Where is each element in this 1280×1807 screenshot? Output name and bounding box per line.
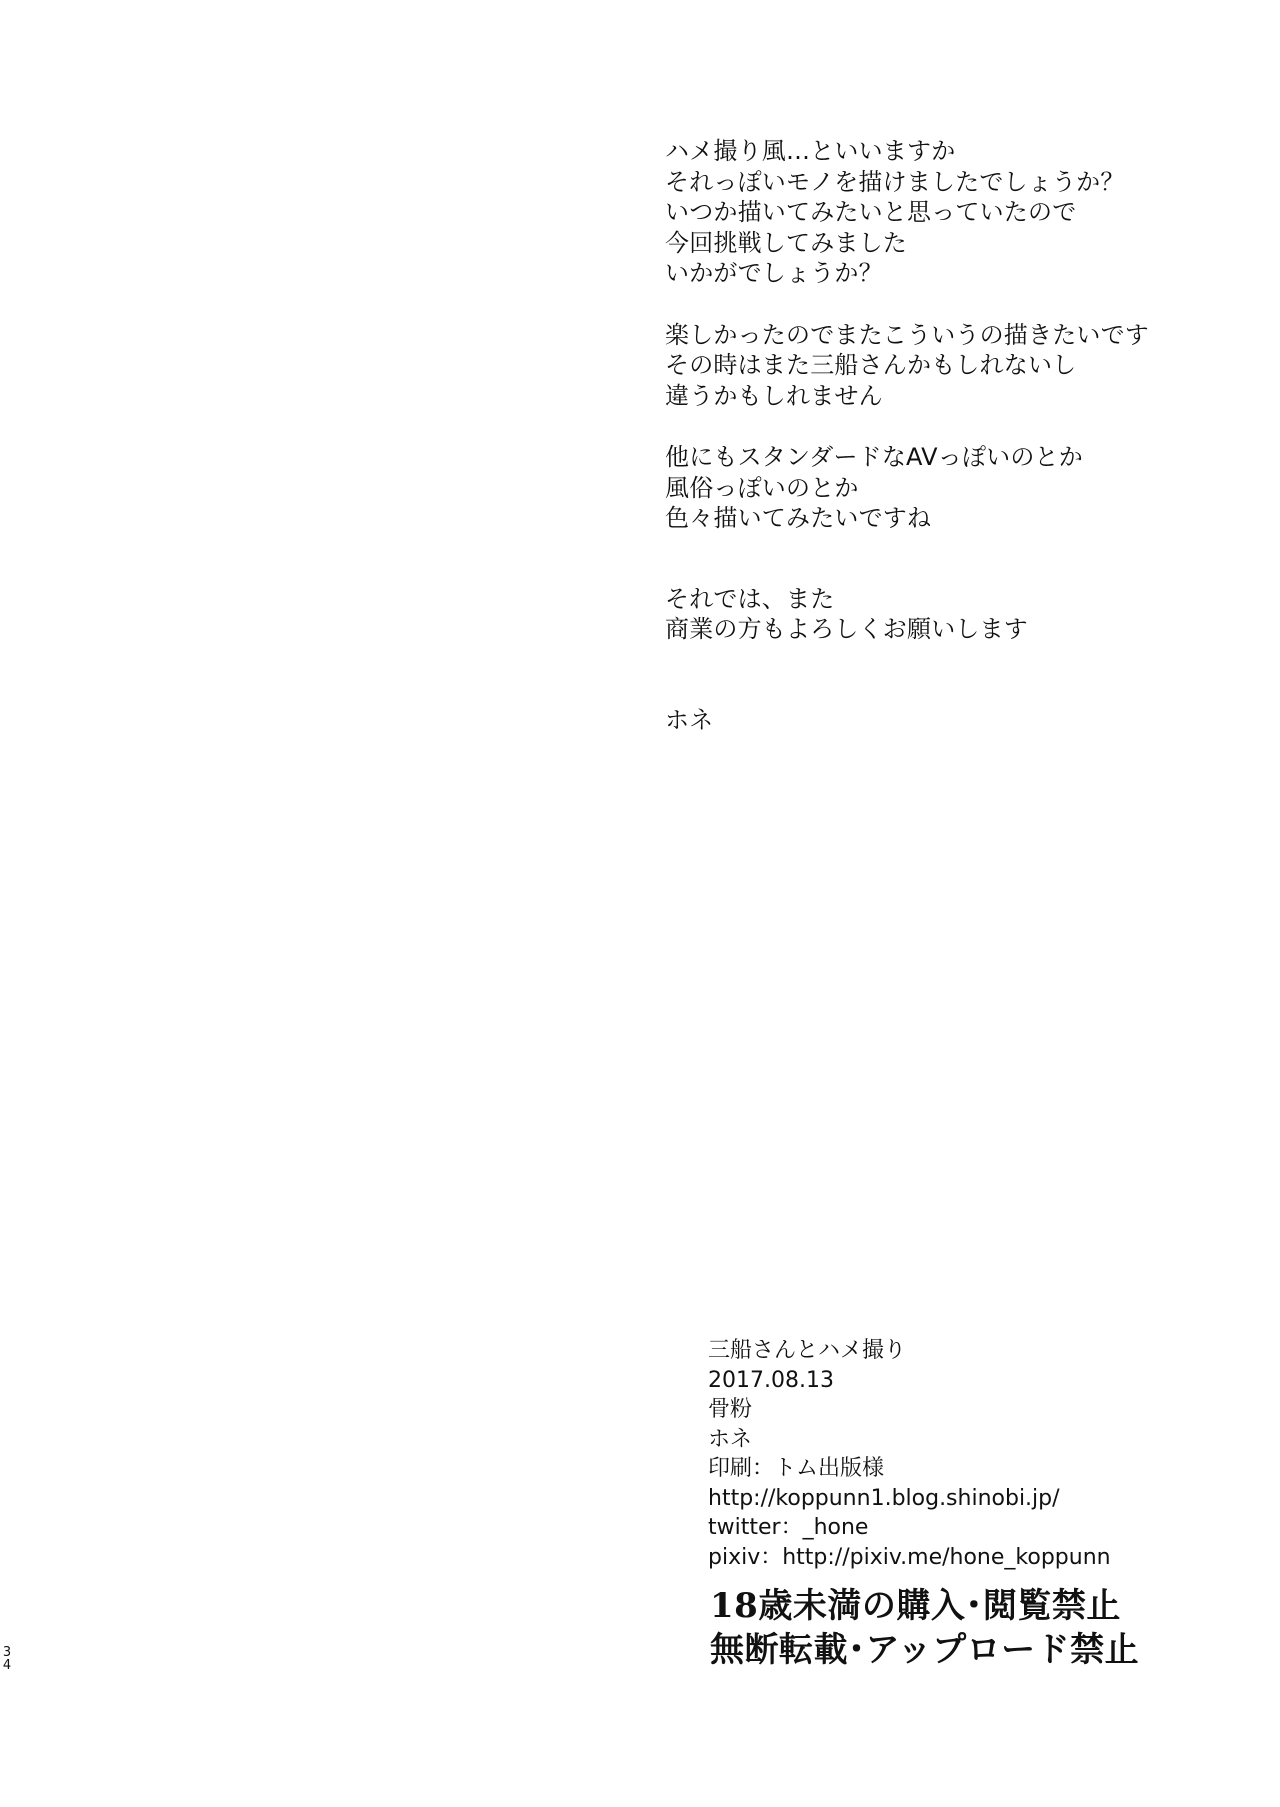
paragraph-gap [665, 411, 1149, 442]
paragraph-gap [665, 645, 1149, 705]
afterword-line: いつか描いてみたいと思っていたので [665, 197, 1149, 228]
afterword-line: それっぽいモノを描けましたでしょうか？ [665, 167, 1149, 198]
afterword-line: 楽しかったのでまたこういうの描きたいです [665, 320, 1149, 351]
afterword: ハメ撮り風…といいますか それっぽいモノを描けましたでしょうか？ いつか描いてみ… [665, 136, 1149, 736]
afterword-line: 商業の方もよろしくお願いします [665, 614, 1149, 645]
afterword-line: その時はまた三船さんかもしれないし [665, 350, 1149, 381]
colophon-circle: 骨粉 [708, 1395, 1111, 1425]
colophon-blog-url: http://koppunn1.blog.shinobi.jp/ [708, 1484, 1111, 1514]
colophon-date: 2017.08.13 [708, 1366, 1111, 1396]
colophon-title: 三船さんとハメ撮り [708, 1336, 1111, 1366]
afterword-line: 違うかもしれません [665, 381, 1149, 412]
afterword-signature: ホネ [665, 705, 1149, 736]
reprint-prohibition-warning: 無断転載･アップロード禁止 [710, 1628, 1139, 1672]
afterword-line: 他にもスタンダードなAVっぽいのとか [665, 442, 1149, 473]
age-restriction-warning: 18歳未満の購入･閲覧禁止 [710, 1584, 1139, 1628]
afterword-line: それでは、また [665, 584, 1149, 615]
afterword-line: 色々描いてみたいですね [665, 503, 1149, 534]
page-number: 3 4 [1, 1646, 13, 1672]
afterword-line: 今回挑戦してみました [665, 228, 1149, 259]
page-number-digit: 4 [1, 1659, 13, 1672]
afterword-line: いかがでしょうか？ [665, 258, 1149, 289]
colophon-printer: 印刷：トム出版様 [708, 1454, 1111, 1484]
paragraph-gap [665, 289, 1149, 320]
paragraph-gap [665, 534, 1149, 584]
warnings: 18歳未満の購入･閲覧禁止 無断転載･アップロード禁止 [710, 1584, 1139, 1672]
colophon-pixiv: pixiv：http://pixiv.me/hone_koppunn [708, 1543, 1111, 1573]
afterword-line: 風俗っぽいのとか [665, 473, 1149, 504]
colophon-twitter: twitter：_hone [708, 1513, 1111, 1543]
afterword-line: ハメ撮り風…といいますか [665, 136, 1149, 167]
colophon-author: ホネ [708, 1425, 1111, 1455]
colophon: 三船さんとハメ撮り 2017.08.13 骨粉 ホネ 印刷：トム出版様 http… [708, 1336, 1111, 1572]
